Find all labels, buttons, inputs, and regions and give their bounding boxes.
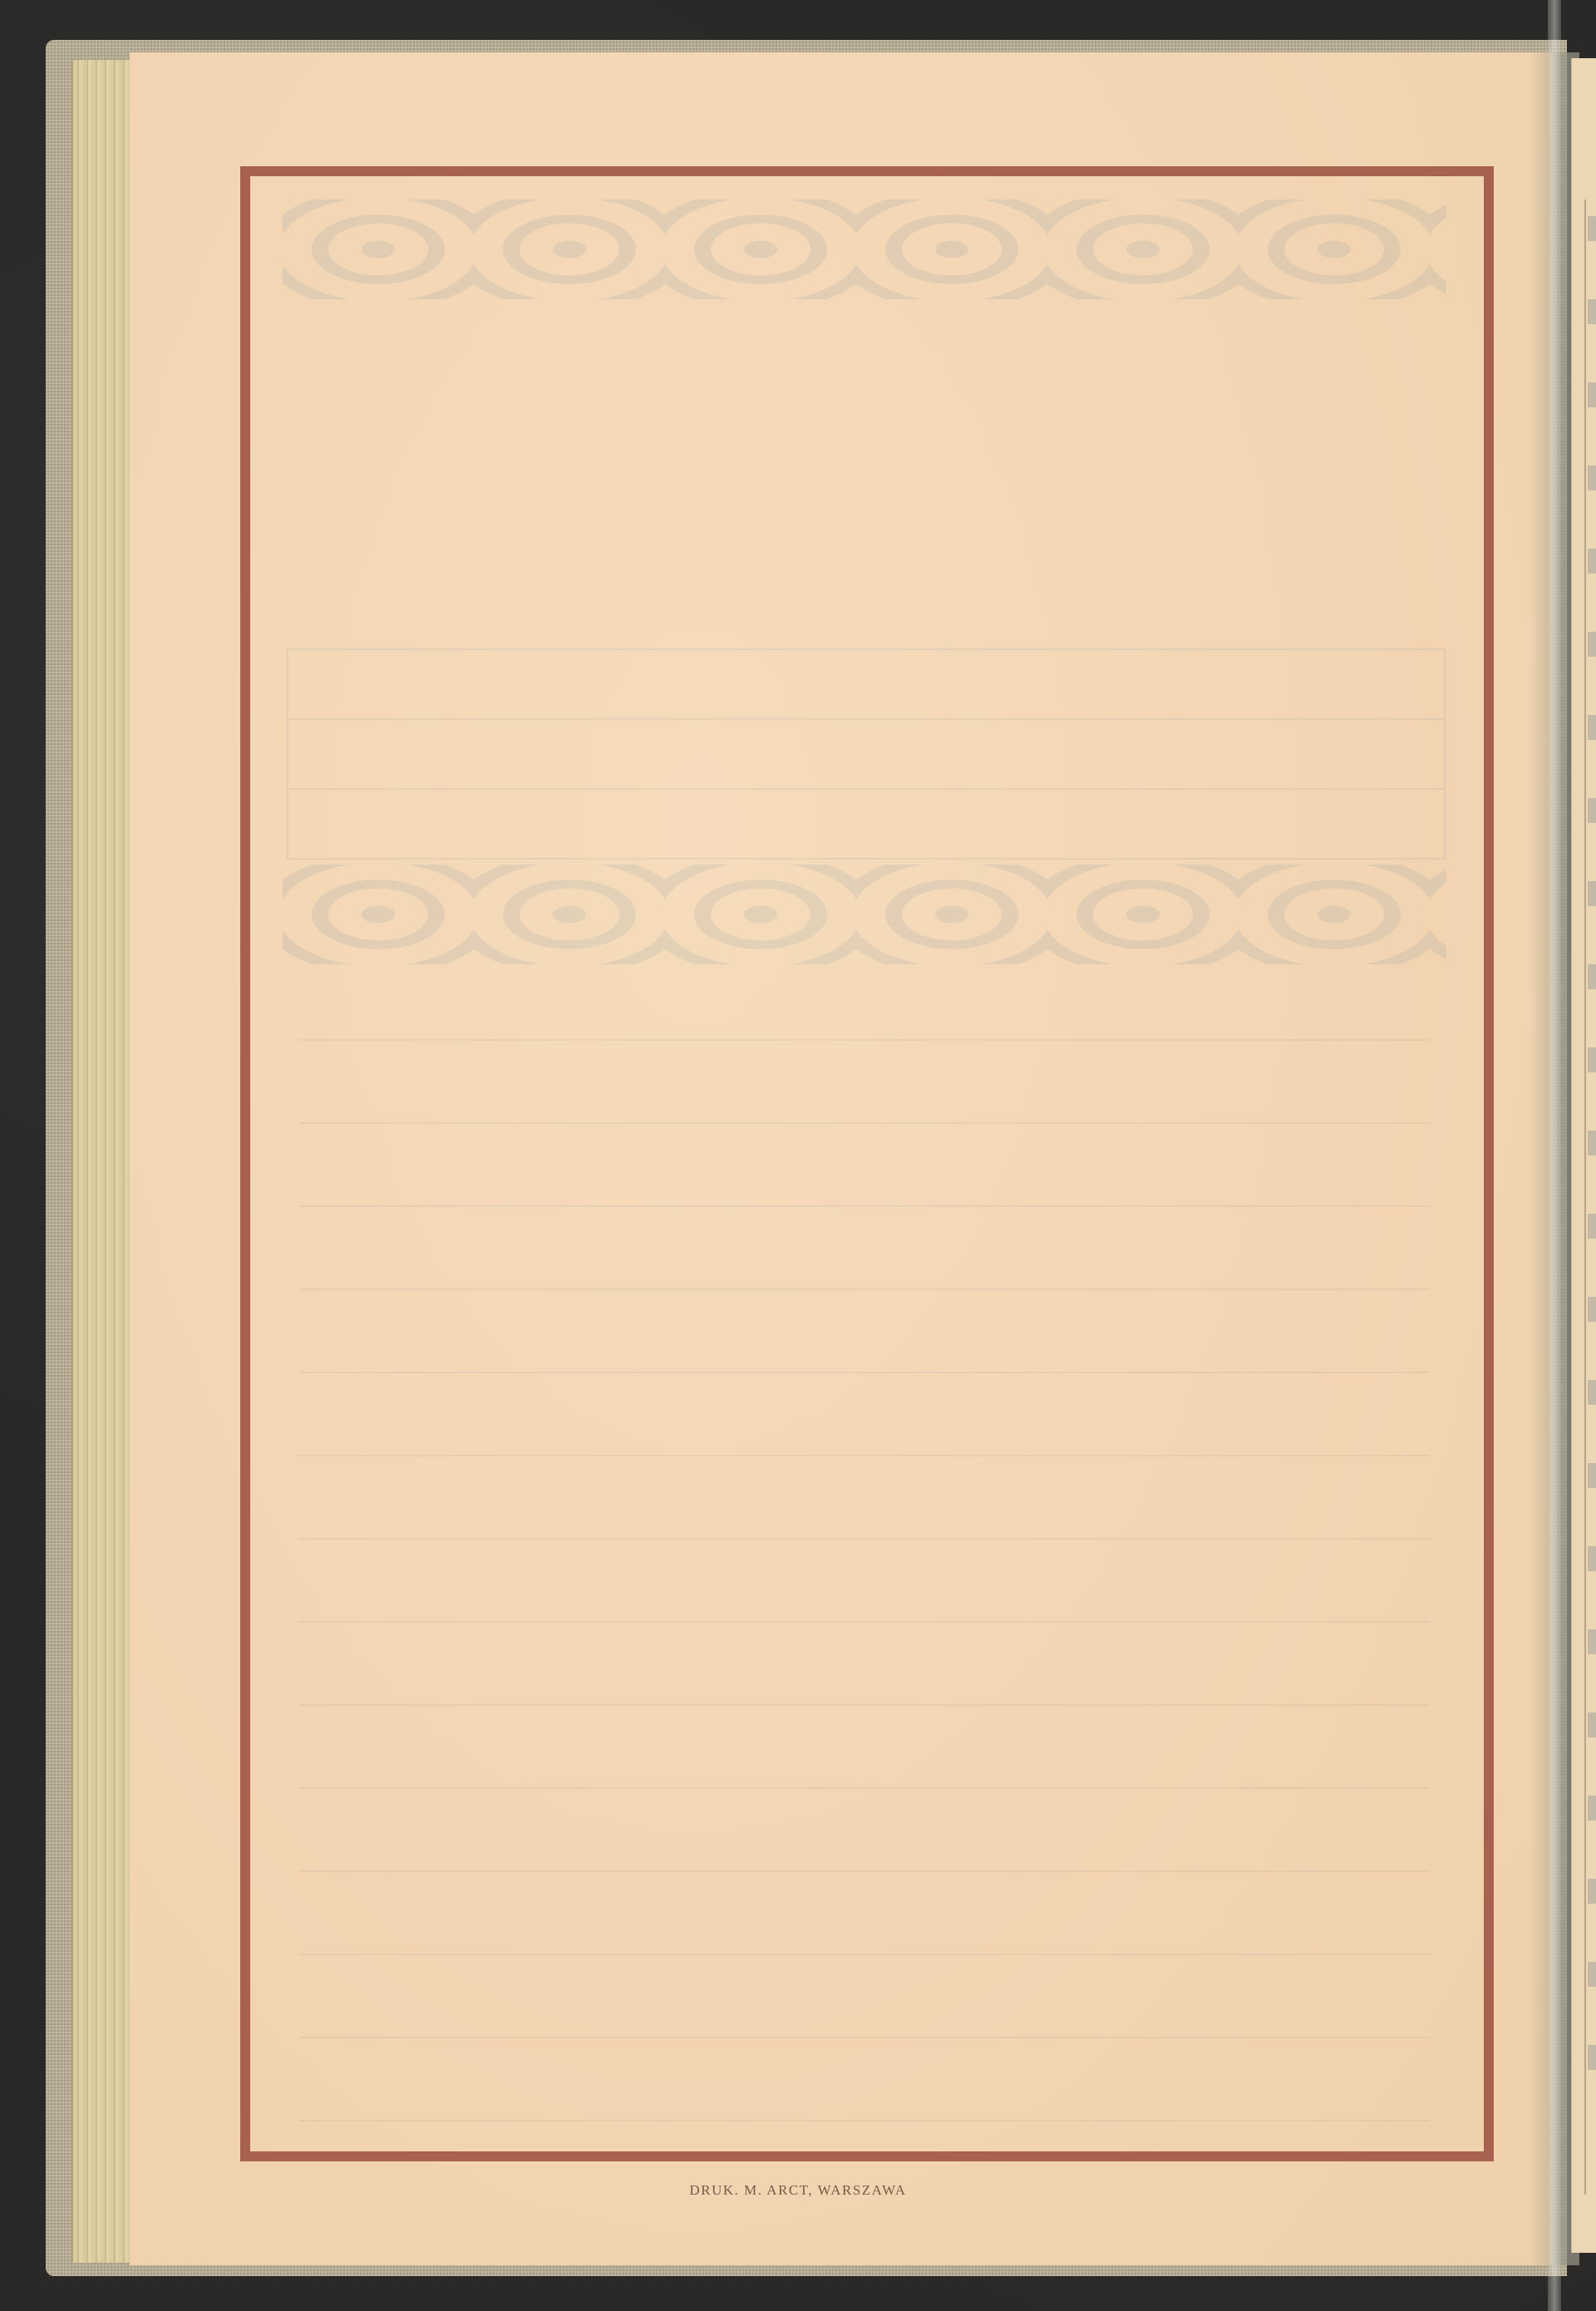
page-border-frame <box>240 166 1494 2161</box>
adjacent-page-rule-line <box>1584 200 1586 2195</box>
book-page-edges <box>71 60 133 2263</box>
adjacent-page-text-fragments <box>1588 216 1596 2128</box>
printer-imprint: DRUK. M. ARCT, WARSZAWA <box>0 2182 1596 2199</box>
scanner-glass-strip <box>1548 0 1561 2311</box>
